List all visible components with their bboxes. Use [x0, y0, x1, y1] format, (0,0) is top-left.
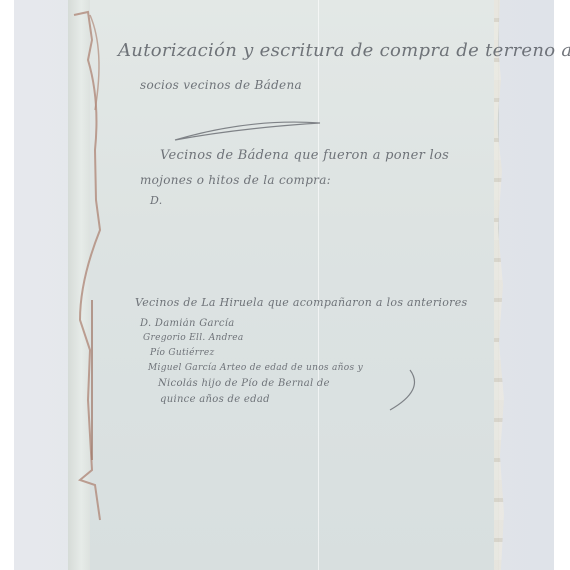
name-entry: Pío Gutiérrez: [150, 348, 215, 358]
section-2-heading: Vecinos de La Hiruela que acompañaron a …: [135, 296, 467, 309]
name-entry: Nicolás hijo de Pío de Bernal de: [158, 378, 330, 389]
document-title-line-2: socios vecinos de Bádena: [140, 78, 302, 92]
name-entry: Gregorio Ell. Andrea: [143, 333, 244, 343]
document-title: Autorización y escritura de compra de te…: [118, 40, 570, 61]
name-entry: quince años de edad: [160, 394, 270, 405]
name-entry: Miguel García Arteo de edad de unos años…: [148, 363, 363, 373]
section-1-line-2: mojones o hitos de la compra:: [140, 173, 331, 187]
section-1-line-3: D.: [150, 194, 163, 207]
section-1-line-1: Vecinos de Bádena que fueron a poner los: [160, 148, 449, 163]
name-entry: D. Damián García: [140, 318, 235, 329]
